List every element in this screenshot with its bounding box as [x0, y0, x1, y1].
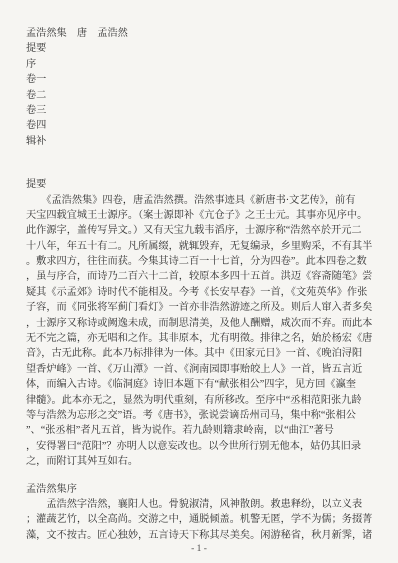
text-line: 望香炉峰》一首、《万山潭》一首、《涧南园即事贻皎上人》一首，皆五言近 — [26, 362, 376, 377]
text-line: ，安得署曰“范阳”？亦明人以意妄改也。以今世所行别无他本，姑仍其旧录 — [26, 439, 376, 454]
table-of-contents: 孟浩然集 唐 孟浩然 提要序卷一卷二卷三卷四辑补 — [26, 26, 376, 149]
text-line: 十八年，年五十有二。凡所属缀，就辄毁弃，无复编录，乡里购采，不有其半 — [26, 239, 376, 254]
toc-item: 序 — [26, 57, 376, 72]
text-line: 《孟浩然集》四卷，唐孟浩然撰。浩然事迹具《新唐书·文艺传》，前有 — [26, 193, 376, 208]
toc-item: 卷三 — [26, 103, 376, 118]
text-line: 体，而编入古诗。《临洞庭》诗旧本题下有“献张相公”四字，见方回《瀛奎 — [26, 377, 376, 392]
toc-item: 卷二 — [26, 88, 376, 103]
document-page: 孟浩然集 唐 孟浩然 提要序卷一卷二卷三卷四辑补 提要 《孟浩然集》四卷，唐孟浩… — [0, 0, 398, 563]
toc-item: 卷四 — [26, 118, 376, 133]
text-line: 子容，而《同张将军蓟门看灯》一首亦非浩然游迹之所及。则后人窜入者多矣 — [26, 300, 376, 315]
text-line: 律髓》。此本亦无之，显然为明代重刻，有所移改。至序中“丞相范阳张九龄 — [26, 393, 376, 408]
text-line: 音》，古无此称。此本乃标排律为一体。其中《田家元日》一首、《晚泊浔阳 — [26, 346, 376, 361]
text-line: 等与浩然为忘形之交”语。考《唐书》，张说尝谪岳州司马，集中称“张相公 — [26, 408, 376, 423]
text-line: 天宝四载宜城王士源序。（案士源即补《亢仓子》之王士元。其事亦见序中。 — [26, 208, 376, 223]
text-line: ，虽与序合，而诗乃二百六十二首，较原本多四十五首。洪迈《容斋随笔》尝 — [26, 269, 376, 284]
text-line: ”、“张丞相”者凡五首，皆为说作。若九龄则籍隶岭南，以“曲江”著号 — [26, 423, 376, 438]
toc-item: 辑补 — [26, 134, 376, 149]
text-line: 此作源字，盖传写异文。）又有天宝九载韦滔序，士源序称“浩然卒於开元二 — [26, 223, 376, 238]
book-title-line: 孟浩然集 唐 孟浩然 — [26, 26, 376, 41]
toc-list: 提要序卷一卷二卷三卷四辑补 — [26, 41, 376, 149]
section-xu: 孟浩然集序 孟浩然字浩然，襄阳人也。骨貌淑清，风神散朗。救患释纷，以立义表；灌蔬… — [26, 482, 376, 544]
tiyao-text: 《孟浩然集》四卷，唐孟浩然撰。浩然事迹具《新唐书·文艺传》，前有天宝四载宜城王士… — [26, 193, 376, 470]
xu-text: 孟浩然字浩然，襄阳人也。骨貌淑清，风神散朗。救患释纷，以立义表；灌蔬艺竹，以全高… — [26, 497, 376, 543]
toc-item: 提要 — [26, 41, 376, 56]
text-line: 。敷求四方，往往而获。今集其诗二百一十七首，分为四卷”。此本四卷之数 — [26, 254, 376, 269]
text-line: ，士源序又称诗或阙逸未成，而制思清美，及他人酬赠，咸次而不弃。而此本 — [26, 316, 376, 331]
toc-item: 卷一 — [26, 72, 376, 87]
text-line: 无不完之篇，亦无唱和之作。其非原本，尤有明徵。排律之名，始於杨宏《唐 — [26, 331, 376, 346]
text-line: ；灌蔬艺竹，以全高尚。交游之中，通脱倾盖。机警无匿，学不为儒；务掇菁 — [26, 512, 376, 527]
section-heading-xu: 孟浩然集序 — [26, 482, 376, 497]
page-number: - 1 - — [0, 542, 398, 557]
text-line: 之，而附订其舛互如右。 — [26, 454, 376, 469]
text-line: 疑其《示孟郊》诗时代不能相及。今考《长安早春》一首，《文苑英华》作张 — [26, 285, 376, 300]
text-line: 孟浩然字浩然，襄阳人也。骨貌淑清，风神散朗。救患释纷，以立义表 — [26, 497, 376, 512]
section-tiyao: 提要 《孟浩然集》四卷，唐孟浩然撰。浩然事迹具《新唐书·文艺传》，前有天宝四载宜… — [26, 177, 376, 469]
section-heading-tiyao: 提要 — [26, 177, 376, 192]
